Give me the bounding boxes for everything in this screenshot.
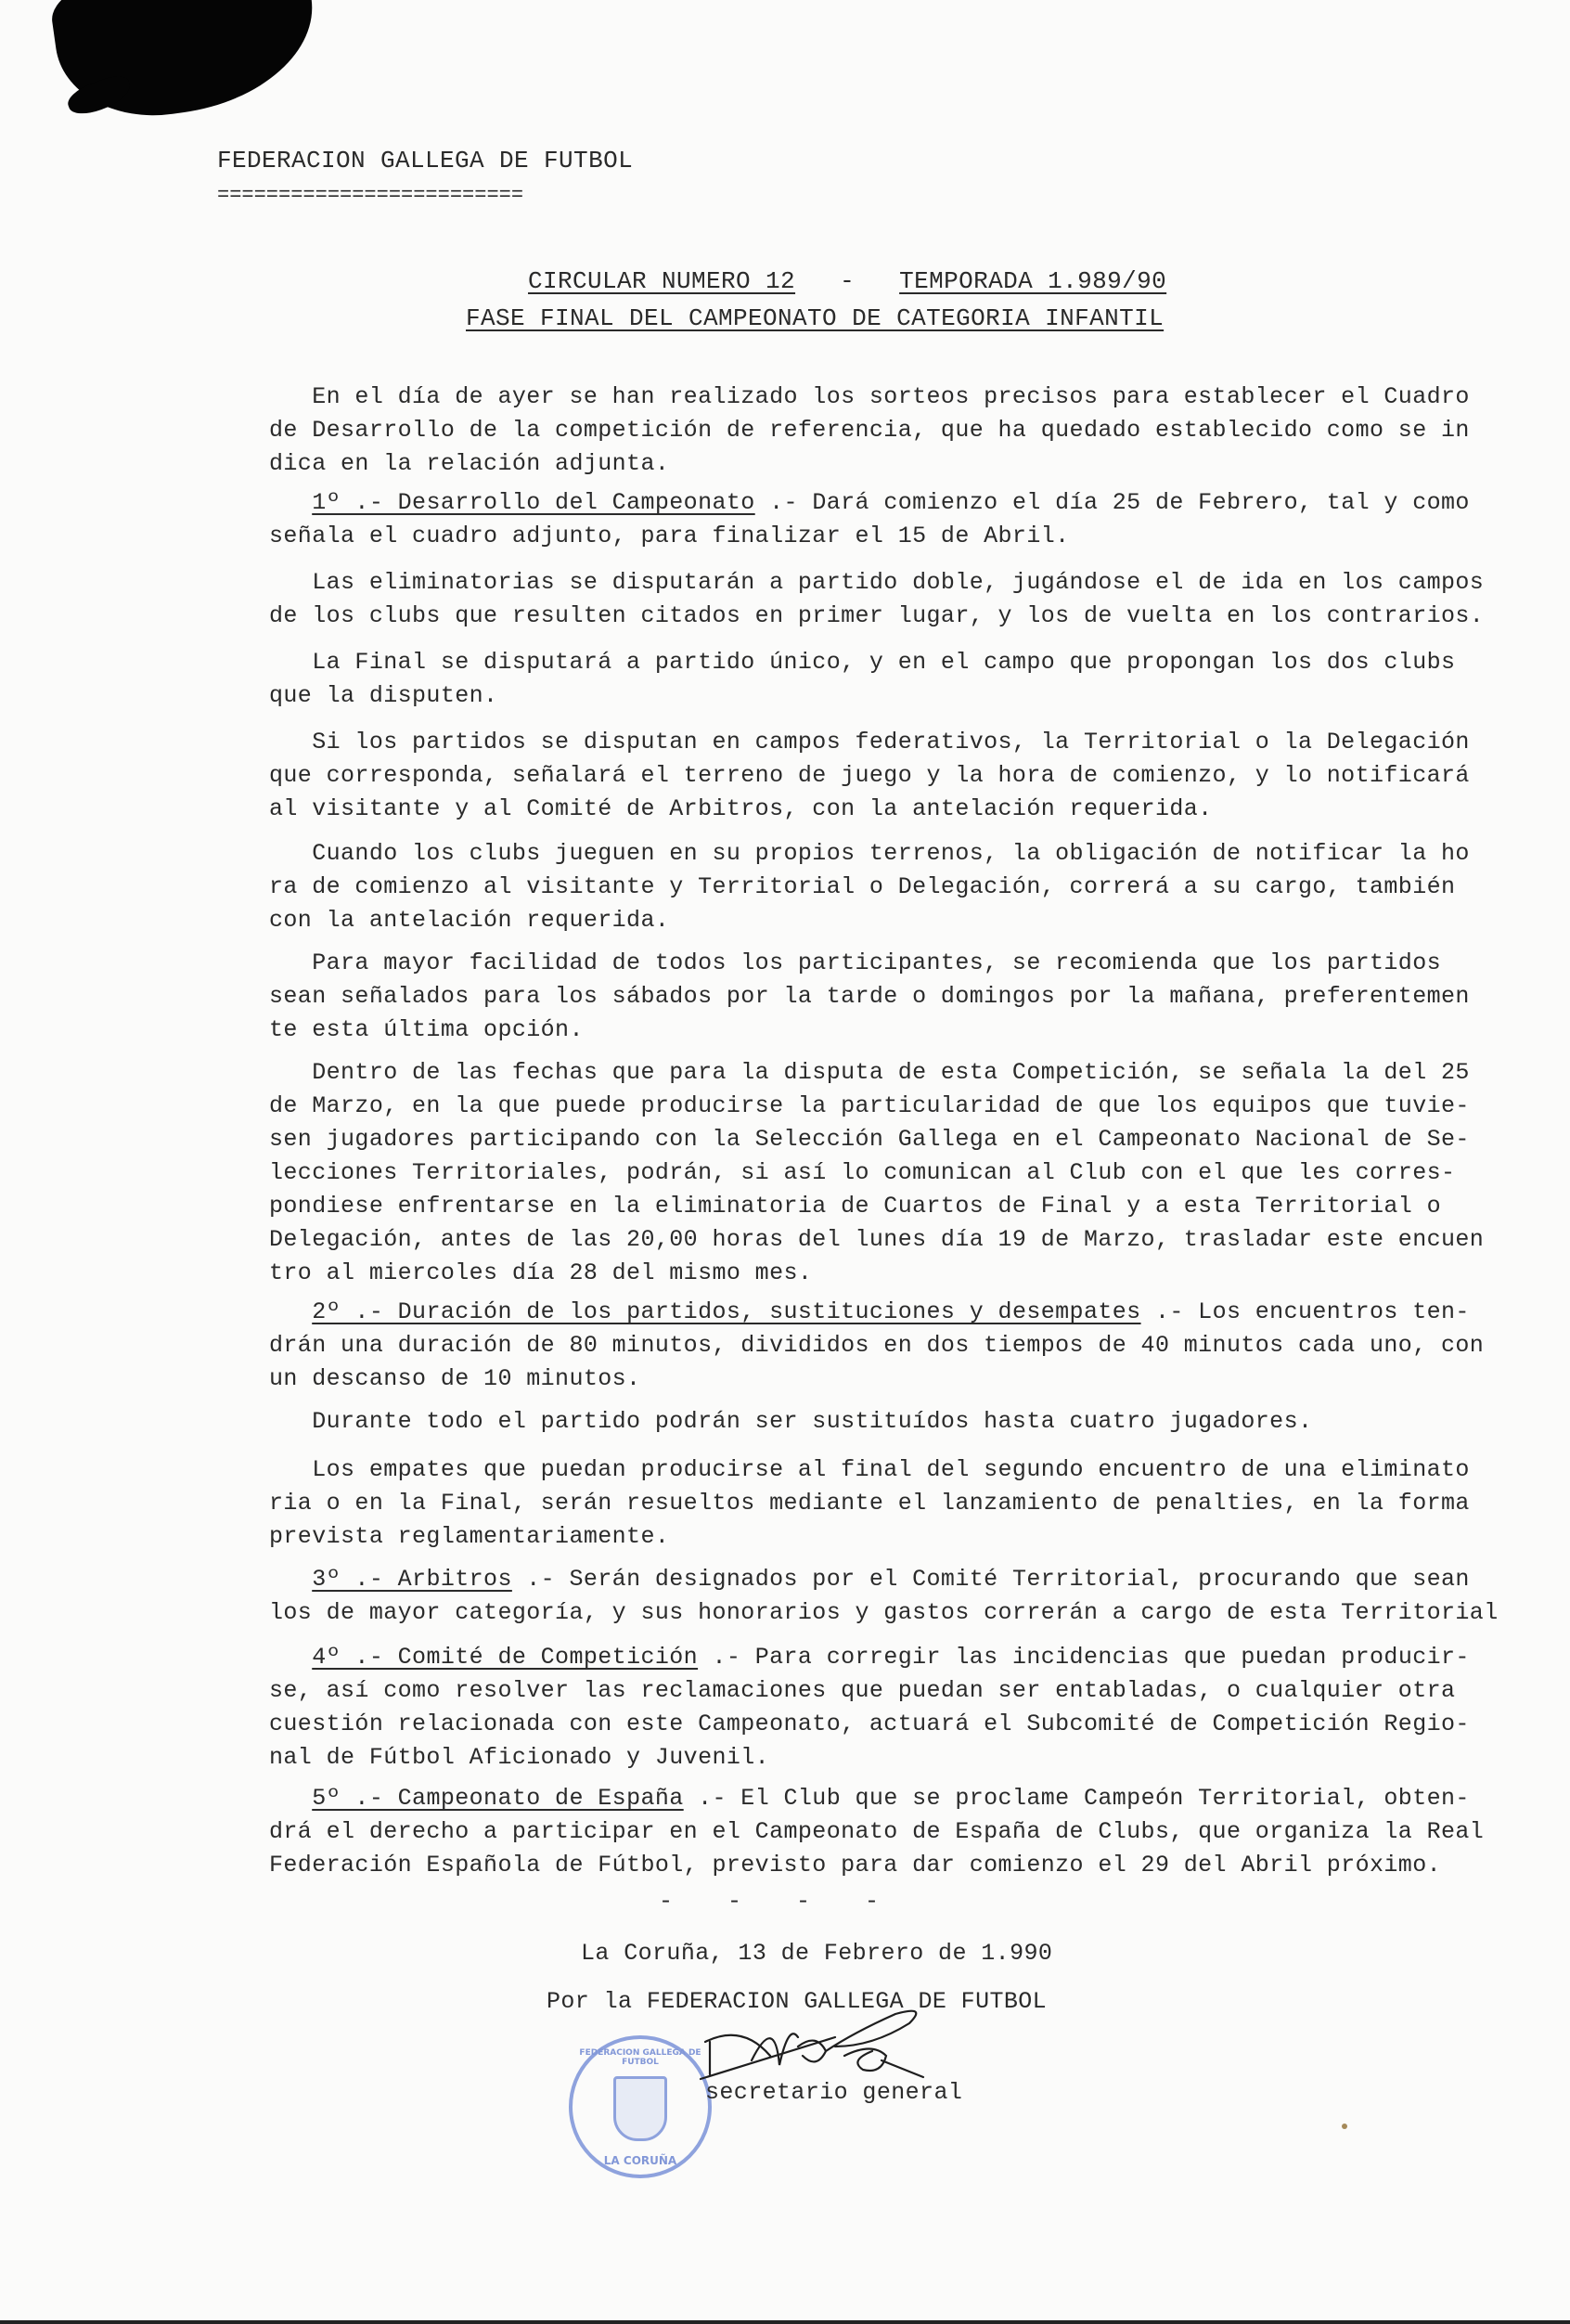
text-line: tro al miercoles día 28 del mismo mes. <box>269 1257 1559 1290</box>
text-line: Las eliminatorias se disputarán a partid… <box>269 566 1559 600</box>
text-line: te esta última opción. <box>269 1014 1559 1047</box>
header-organization: FEDERACION GALLEGA DE FUTBOL <box>217 147 633 174</box>
text-line: que corresponda, señalará el terreno de … <box>269 759 1559 793</box>
campos-federativos-paragraph: Si los partidos se disputan en campos fe… <box>269 726 1559 826</box>
text-fragment: .- Los encuentros ten- <box>1141 1298 1470 1325</box>
text-line: que la disputen. <box>269 679 1559 713</box>
text-line: Federación Española de Fútbol, previsto … <box>269 1849 1559 1882</box>
text-line: drá el derecho a participar en el Campeo… <box>269 1815 1559 1849</box>
text-line: señala el cuadro adjunto, para finalizar… <box>269 520 1559 553</box>
stamp-bottom-text: LA CORUÑA <box>573 2154 708 2167</box>
text-line: Para mayor facilidad de todos los partic… <box>269 947 1559 980</box>
section-4-paragraph: 4º .- Comité de Competición .- Para corr… <box>269 1641 1559 1775</box>
text-line: un descanso de 10 minutos. <box>269 1362 1559 1396</box>
propios-terrenos-paragraph: Cuando los clubs jueguen en su propios t… <box>269 837 1559 937</box>
section-heading-line: 3º .- Arbitros .- Serán designados por e… <box>269 1563 1559 1596</box>
fechas-paragraph: Dentro de las fechas que para la disputa… <box>269 1056 1559 1290</box>
section-heading-line: 5º .- Campeonato de España .- El Club qu… <box>269 1782 1559 1815</box>
text-line: Los empates que puedan producirse al fin… <box>269 1453 1559 1487</box>
section-5-heading: 5º .- Campeonato de España <box>312 1785 683 1812</box>
text-line: ra de comienzo al visitante y Territoria… <box>269 871 1559 904</box>
text-line: sen jugadores participando con la Selecc… <box>269 1123 1559 1156</box>
text-line: ria o en la Final, serán resueltos media… <box>269 1487 1559 1520</box>
text-line: nal de Fútbol Aficionado y Juvenil. <box>269 1741 1559 1775</box>
circular-separator: - <box>840 267 855 295</box>
intro-paragraph: En el día de ayer se han realizado los s… <box>269 381 1559 481</box>
paper-speck <box>1342 2124 1347 2129</box>
section-3-paragraph: 3º .- Arbitros .- Serán designados por e… <box>269 1563 1559 1630</box>
text-line: al visitante y al Comité de Arbitros, co… <box>269 793 1559 826</box>
section-heading-line: 2º .- Duración de los partidos, sustituc… <box>269 1296 1559 1329</box>
section-1-paragraph: 1º .- Desarrollo del Campeonato .- Dará … <box>269 486 1559 553</box>
text-line: La Final se disputará a partido único, y… <box>269 646 1559 679</box>
text-line: los de mayor categoría, y sus honorarios… <box>269 1596 1559 1630</box>
empates-paragraph: Los empates que puedan producirse al fin… <box>269 1453 1559 1554</box>
page-bottom-edge <box>0 2320 1570 2324</box>
text-line: sean señalados para los sábados por la t… <box>269 980 1559 1014</box>
text-line: En el día de ayer se han realizado los s… <box>269 381 1559 414</box>
document-subtitle: FASE FINAL DEL CAMPEONATO DE CATEGORIA I… <box>466 304 1164 332</box>
section-5-paragraph: 5º .- Campeonato de España .- El Club qu… <box>269 1782 1559 1882</box>
sustituciones-paragraph: Durante todo el partido podrán ser susti… <box>269 1405 1559 1439</box>
text-line: cuestión relacionada con este Campeonato… <box>269 1708 1559 1741</box>
text-line: pondiese enfrentarse en la eliminatoria … <box>269 1190 1559 1223</box>
closing-separator: - - - - <box>659 1888 899 1916</box>
season-label: TEMPORADA 1.989/90 <box>899 267 1166 295</box>
text-line: dica en la relación adjunta. <box>269 447 1559 481</box>
text-line: Delegación, antes de las 20,00 horas del… <box>269 1223 1559 1257</box>
text-line: de Marzo, en la que puede producirse la … <box>269 1090 1559 1123</box>
text-line: lecciones Territoriales, podrán, si así … <box>269 1156 1559 1190</box>
text-fragment: .- Para corregir las incidencias que pue… <box>698 1644 1470 1671</box>
circular-line: CIRCULAR NUMERO 12 - TEMPORADA 1.989/90 <box>498 239 1166 295</box>
eliminatorias-paragraph: Las eliminatorias se disputarán a partid… <box>269 566 1559 633</box>
section-2-paragraph: 2º .- Duración de los partidos, sustituc… <box>269 1296 1559 1396</box>
place-and-date: La Coruña, 13 de Febrero de 1.990 <box>581 1940 1052 1968</box>
text-fragment: .- Dará comienzo el día 25 de Febrero, t… <box>755 489 1470 516</box>
text-fragment: .- El Club que se proclame Campeón Terri… <box>684 1785 1470 1812</box>
text-line: Cuando los clubs jueguen en su propios t… <box>269 837 1559 871</box>
text-line: se, así como resolver las reclamaciones … <box>269 1674 1559 1708</box>
text-line: prevista reglamentariamente. <box>269 1520 1559 1554</box>
section-heading-line: 1º .- Desarrollo del Campeonato .- Dará … <box>269 486 1559 520</box>
section-3-heading: 3º .- Arbitros <box>312 1566 512 1593</box>
section-1-heading: 1º .- Desarrollo del Campeonato <box>312 489 754 516</box>
text-fragment: .- Serán designados por el Comité Territ… <box>512 1566 1470 1593</box>
text-line: de Desarrollo de la competición de refer… <box>269 414 1559 447</box>
header-double-rule: ========================= <box>217 182 523 210</box>
shield-emblem-icon <box>613 2076 667 2141</box>
text-line: Dentro de las fechas que para la disputa… <box>269 1056 1559 1090</box>
text-line: drán una duración de 80 minutos, dividid… <box>269 1329 1559 1362</box>
final-paragraph: La Final se disputará a partido único, y… <box>269 646 1559 713</box>
section-2-heading: 2º .- Duración de los partidos, sustituc… <box>312 1298 1140 1325</box>
circular-number: CIRCULAR NUMERO 12 <box>528 267 795 295</box>
text-line: Durante todo el partido podrán ser susti… <box>269 1405 1559 1439</box>
text-line: Si los partidos se disputan en campos fe… <box>269 726 1559 759</box>
section-heading-line: 4º .- Comité de Competición .- Para corr… <box>269 1641 1559 1674</box>
text-line: de los clubs que resulten citados en pri… <box>269 600 1559 633</box>
text-line: con la antelación requerida. <box>269 904 1559 937</box>
facilidad-paragraph: Para mayor facilidad de todos los partic… <box>269 947 1559 1047</box>
signatory-title: secretario general <box>705 2079 962 2107</box>
section-4-heading: 4º .- Comité de Competición <box>312 1644 698 1671</box>
